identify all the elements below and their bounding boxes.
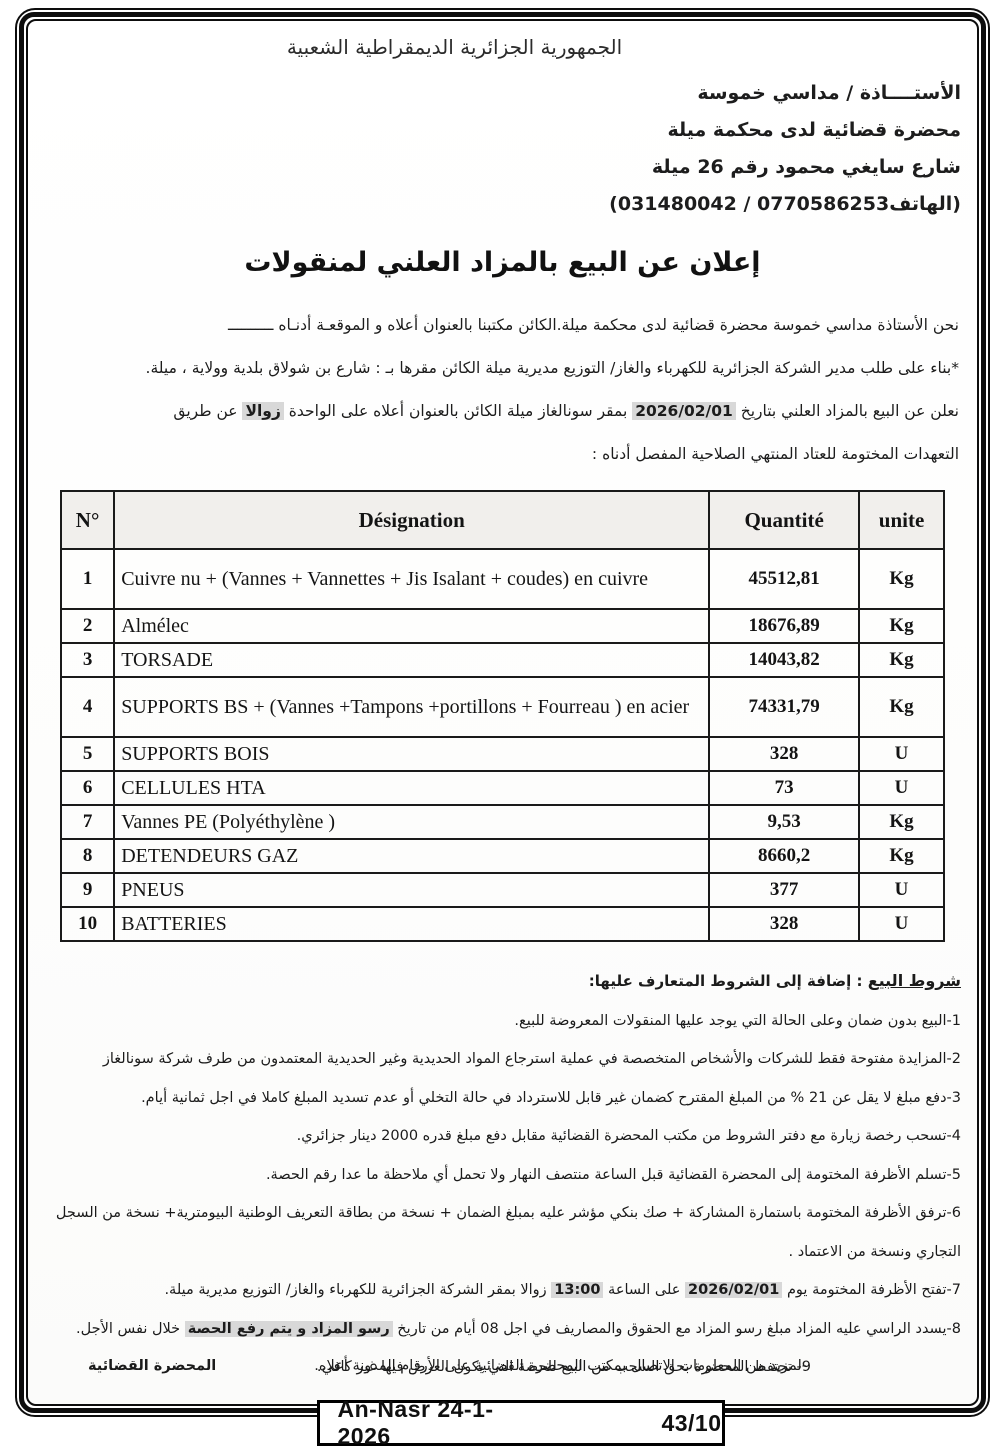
item-designation: DETENDEURS GAZ [114,839,709,873]
more-info-note: -لمزيد من المعلومات الاتصال بمكتب المحضر… [314,1358,977,1374]
item-number: 6 [61,771,114,805]
sale-conditions-section: شروط البيع : إضافة إلى الشروط المتعارف ع… [28,962,977,1387]
item-quantity: 328 [709,907,859,941]
bailiff-signature: المحضرة القضائية [28,1358,216,1374]
publication-footer-box: An-Nasr 24-1-2026 43/10 [317,1400,725,1446]
table-row: 9 PNEUS 377 U [61,873,944,907]
condition-item-5: 5-تسلم الأظرفة المختومة إلى المحضرة القض… [52,1156,961,1195]
auction-items-table: N° Désignation Quantité unite 1 Cuivre n… [60,490,945,942]
table-row: 4 SUPPORTS BS + (Vannes +Tampons +portil… [61,677,944,737]
item-quantity: 8660,2 [709,839,859,873]
table-row: 3 TORSADE 14043,82 Kg [61,643,944,677]
auction-date-highlight: 2026/02/01 [632,402,736,420]
condition-item-7: 7-تفتح الأظرفة المختومة يوم 2026/02/01 ع… [52,1271,961,1310]
header-designation: Désignation [114,491,709,549]
condition-item-3: 3-دفع مبلغ لا يقل عن 21 % من المبلغ المق… [52,1079,961,1118]
item-unit: Kg [859,805,944,839]
header-quantity: Quantité [709,491,859,549]
item-number: 7 [61,805,114,839]
item-designation: PNEUS [114,873,709,907]
notary-role: محضرة قضائية لدى محكمة ميلة [28,112,961,149]
header-unit: unite [859,491,944,549]
signature-row: -لمزيد من المعلومات الاتصال بمكتب المحضر… [28,1358,977,1374]
notary-address: شارع سايغي محمود رقم 26 ميلة [28,149,961,186]
table-header-row: N° Désignation Quantité unite [61,491,944,549]
scanned-auction-notice: { "colors": { "ink": "#1a1a1a", "highlig… [0,0,1005,1451]
item-number: 2 [61,609,114,643]
condition-item-2: 2-المزايدة مفتوحة فقط للشركات والأشخاص ا… [52,1040,961,1079]
publication-name-date: An-Nasr 24-1-2026 [320,1396,547,1450]
item-unit: Kg [859,549,944,609]
item-designation: Cuivre nu + (Vannes + Vannettes + Jis Is… [114,549,709,609]
condition-item-6: 6-ترفق الأظرفة المختومة باستمارة المشارك… [52,1194,961,1271]
opening-time-highlight: 13:00 [551,1282,603,1298]
condition-item-8: 8-يسدد الراسي عليه المزاد مبلغ رسو المزا… [52,1310,961,1349]
announcement-title: إعلان عن البيع بالمزاد العلني لمنقولات [28,247,977,278]
item-quantity: 73 [709,771,859,805]
item-quantity: 45512,81 [709,549,859,609]
item-designation: CELLULES HTA [114,771,709,805]
item-quantity: 9,53 [709,805,859,839]
auction-settlement-highlight: رسو المزاد و يتم رفع الحصة [185,1321,393,1337]
intro-section: نحن الأستاذة مداسي خموسة محضرة قضائية لد… [28,304,977,476]
notary-name: الأستــــاذة / مداسي خموسة [28,75,961,112]
item-quantity: 14043,82 [709,643,859,677]
item-unit: U [859,737,944,771]
condition-item-4: 4-تسحب رخصة زيارة مع دفتر الشروط من مكتب… [52,1117,961,1156]
item-quantity: 377 [709,873,859,907]
header-number: N° [61,491,114,549]
publication-reference: 43/10 [661,1410,721,1437]
item-quantity: 328 [709,737,859,771]
item-unit: U [859,771,944,805]
table-row: 10 BATTERIES 328 U [61,907,944,941]
item-number: 10 [61,907,114,941]
item-number: 8 [61,839,114,873]
item-designation: SUPPORTS BS + (Vannes +Tampons +portillo… [114,677,709,737]
item-unit: U [859,873,944,907]
item-designation: SUPPORTS BOIS [114,737,709,771]
republic-header: الجمهورية الجزائرية الديمقراطية الشعبية [26,35,929,59]
conditions-heading: شروط البيع : إضافة إلى الشروط المتعارف ع… [52,962,961,1002]
conditions-title: شروط البيع [868,971,961,990]
conditions-title-rest: : إضافة إلى الشروط المتعارف عليها: [589,972,868,990]
condition-7-text3: زوالا بمقر الشركة الجزائرية للكهرباء وال… [164,1282,551,1298]
table-row: 1 Cuivre nu + (Vannes + Vannettes + Jis … [61,549,944,609]
condition-8-text2: خلال نفس الأجل. [76,1321,185,1337]
table-row: 6 CELLULES HTA 73 U [61,771,944,805]
condition-7-text: 7-تفتح الأظرفة المختومة يوم [782,1282,961,1298]
intro-paragraph-4: التعهدات المختومة للعتاد المنتهي الصلاحي… [46,433,959,476]
item-unit: Kg [859,643,944,677]
item-designation: BATTERIES [114,907,709,941]
item-number: 5 [61,737,114,771]
condition-8-text: 8-يسدد الراسي عليه المزاد مبلغ رسو المزا… [393,1321,961,1337]
condition-7-text2: على الساعة [603,1282,685,1298]
item-unit: Kg [859,839,944,873]
intro-p3-text3: عن طريق [173,402,242,420]
item-number: 4 [61,677,114,737]
notary-phone: (الهاتف0770586253 / 031480042) [28,186,961,223]
table-row: 8 DETENDEURS GAZ 8660,2 Kg [61,839,944,873]
zawal-highlight: زوالا [242,402,283,420]
opening-date-highlight: 2026/02/01 [685,1282,782,1298]
intro-paragraph-1: نحن الأستاذة مداسي خموسة محضرة قضائية لد… [46,304,959,347]
intro-p3-text: نعلن عن البيع بالمزاد العلني بتاريخ [736,402,959,420]
item-unit: Kg [859,609,944,643]
intro-paragraph-3: نعلن عن البيع بالمزاد العلني بتاريخ 2026… [46,390,959,433]
table-row: 5 SUPPORTS BOIS 328 U [61,737,944,771]
item-number: 1 [61,549,114,609]
item-designation: TORSADE [114,643,709,677]
table-row: 2 Almélec 18676,89 Kg [61,609,944,643]
item-number: 3 [61,643,114,677]
item-unit: Kg [859,677,944,737]
page-border-inner: الجمهورية الجزائرية الديمقراطية الشعبية … [26,19,979,1406]
page-border-outer: الجمهورية الجزائرية الديمقراطية الشعبية … [15,8,990,1417]
item-quantity: 74331,79 [709,677,859,737]
item-designation: Almélec [114,609,709,643]
intro-paragraph-2: *بناء على طلب مدير الشركة الجزائرية للكه… [46,347,959,390]
item-unit: U [859,907,944,941]
item-quantity: 18676,89 [709,609,859,643]
page-border-middle: الجمهورية الجزائرية الديمقراطية الشعبية … [19,12,986,1413]
table-row: 7 Vannes PE (Polyéthylène ) 9,53 Kg [61,805,944,839]
item-number: 9 [61,873,114,907]
notary-contact-block: الأستــــاذة / مداسي خموسة محضرة قضائية … [28,75,977,223]
intro-p3-text2: بمقر سونالغاز ميلة الكائن بالعنوان أعلاه… [284,402,632,420]
condition-item-1: 1-البيع بدون ضمان وعلى الحالة التي يوجد … [52,1002,961,1041]
item-designation: Vannes PE (Polyéthylène ) [114,805,709,839]
